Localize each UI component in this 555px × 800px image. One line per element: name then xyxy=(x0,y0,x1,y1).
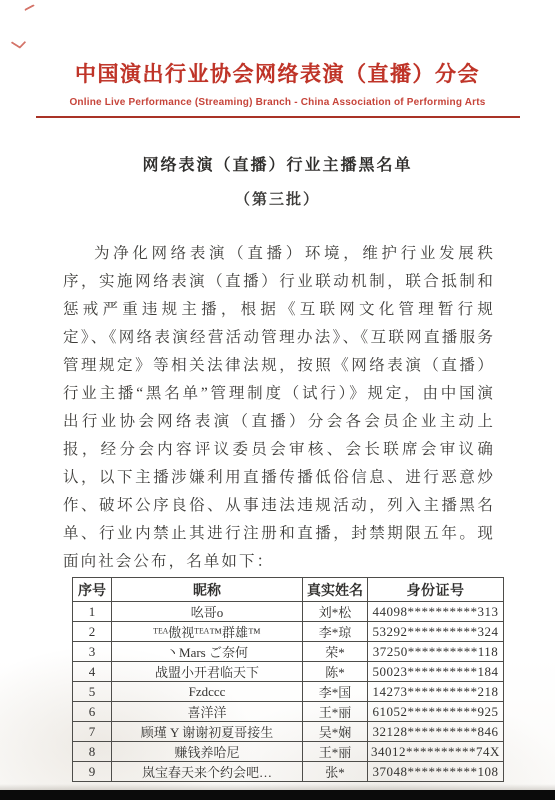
table-row: 3丶Mars ご奈何荣*37250**********118 xyxy=(73,642,504,662)
table-cell: 荣* xyxy=(303,642,368,662)
table-cell: 丶Mars ご奈何 xyxy=(112,642,303,662)
table-header-row: 序号昵称真实姓名身份证号 xyxy=(73,578,504,602)
table-header-cell: 昵称 xyxy=(112,578,303,602)
table-header: 序号昵称真实姓名身份证号 xyxy=(73,578,504,602)
table-row: 8赚钱养哈尼王*丽34012**********74X xyxy=(73,742,504,762)
table-row: 2ᵀᴱᴬ傲视ᵀᴱᴬ™群雄™李*琼53292**********324 xyxy=(73,622,504,642)
table-cell: 刘*松 xyxy=(303,602,368,622)
table-header-cell: 序号 xyxy=(73,578,112,602)
table-cell: 37250**********118 xyxy=(368,642,504,662)
letterhead-divider xyxy=(36,116,520,118)
table-row: 9岚宝春天来个约会吧…张*37048**********108 xyxy=(73,762,504,782)
table-cell: 赚钱养哈尼 xyxy=(112,742,303,762)
letterhead: 中国演出行业协会网络表演（直播）分会 Online Live Performan… xyxy=(0,62,555,118)
table-cell: 37048**********108 xyxy=(368,762,504,782)
table-row: 4战盟小开君临天下陈*50023**********184 xyxy=(73,662,504,682)
table-cell: 战盟小开君临天下 xyxy=(112,662,303,682)
table-cell: 32128**********846 xyxy=(368,722,504,742)
table-cell: 8 xyxy=(73,742,112,762)
table-cell: Fzdccc xyxy=(112,682,303,702)
table-cell: 6 xyxy=(73,702,112,722)
table-cell: 陈* xyxy=(303,662,368,682)
table-header-cell: 身份证号 xyxy=(368,578,504,602)
table-cell: 7 xyxy=(73,722,112,742)
table-cell: 34012**********74X xyxy=(368,742,504,762)
table-header-cell: 真实姓名 xyxy=(303,578,368,602)
table-row: 7顾瑾 Y 谢谢初夏哥接生吴*娴32128**********846 xyxy=(73,722,504,742)
table-cell: 44098**********313 xyxy=(368,602,504,622)
table-cell: 李*国 xyxy=(303,682,368,702)
table-cell: 吴*娴 xyxy=(303,722,368,742)
table-cell: 5 xyxy=(73,682,112,702)
table-row: 6喜洋洋王*丽61052**********925 xyxy=(73,702,504,722)
document-body: 为净化网络表演（直播）环境，维护行业发展秩序，实施网络表演（直播）行业联动机制，… xyxy=(63,240,495,576)
org-name-cn: 中国演出行业协会网络表演（直播）分会 xyxy=(0,62,555,88)
table-cell: 王*丽 xyxy=(303,742,368,762)
table-cell: 50023**********184 xyxy=(368,662,504,682)
table-cell: ᵀᴱᴬ傲视ᵀᴱᴬ™群雄™ xyxy=(112,622,303,642)
table-row: 5Fzdccc李*国14273**********218 xyxy=(73,682,504,702)
photo-black-edge xyxy=(0,790,555,800)
blacklist-table: 序号昵称真实姓名身份证号 1吆哥ο刘*松44098**********3132ᵀ… xyxy=(72,577,504,782)
table-cell: 4 xyxy=(73,662,112,682)
table-cell: 1 xyxy=(73,602,112,622)
table-cell: 61052**********925 xyxy=(368,702,504,722)
table-row: 1吆哥ο刘*松44098**********313 xyxy=(73,602,504,622)
document-page: 中国演出行业协会网络表演（直播）分会 Online Live Performan… xyxy=(0,0,555,800)
table-cell: 李*琼 xyxy=(303,622,368,642)
table-cell: 顾瑾 Y 谢谢初夏哥接生 xyxy=(112,722,303,742)
document-subtitle: （第三批） xyxy=(0,188,555,209)
org-name-en: Online Live Performance (Streaming) Bran… xyxy=(0,97,555,109)
table-cell: 9 xyxy=(73,762,112,782)
table-cell: 吆哥ο xyxy=(112,602,303,622)
table-cell: 2 xyxy=(73,622,112,642)
table-cell: 岚宝春天来个约会吧… xyxy=(112,762,303,782)
table-cell: 喜洋洋 xyxy=(112,702,303,722)
red-pen-mark-icon xyxy=(24,4,39,19)
document-title: 网络表演（直播）行业主播黑名单 xyxy=(0,152,555,175)
red-pen-mark-icon xyxy=(11,36,27,48)
table-cell: 53292**********324 xyxy=(368,622,504,642)
table-cell: 14273**********218 xyxy=(368,682,504,702)
table-body: 1吆哥ο刘*松44098**********3132ᵀᴱᴬ傲视ᵀᴱᴬ™群雄™李*… xyxy=(73,602,504,782)
table-cell: 3 xyxy=(73,642,112,662)
table-cell: 王*丽 xyxy=(303,702,368,722)
table-cell: 张* xyxy=(303,762,368,782)
